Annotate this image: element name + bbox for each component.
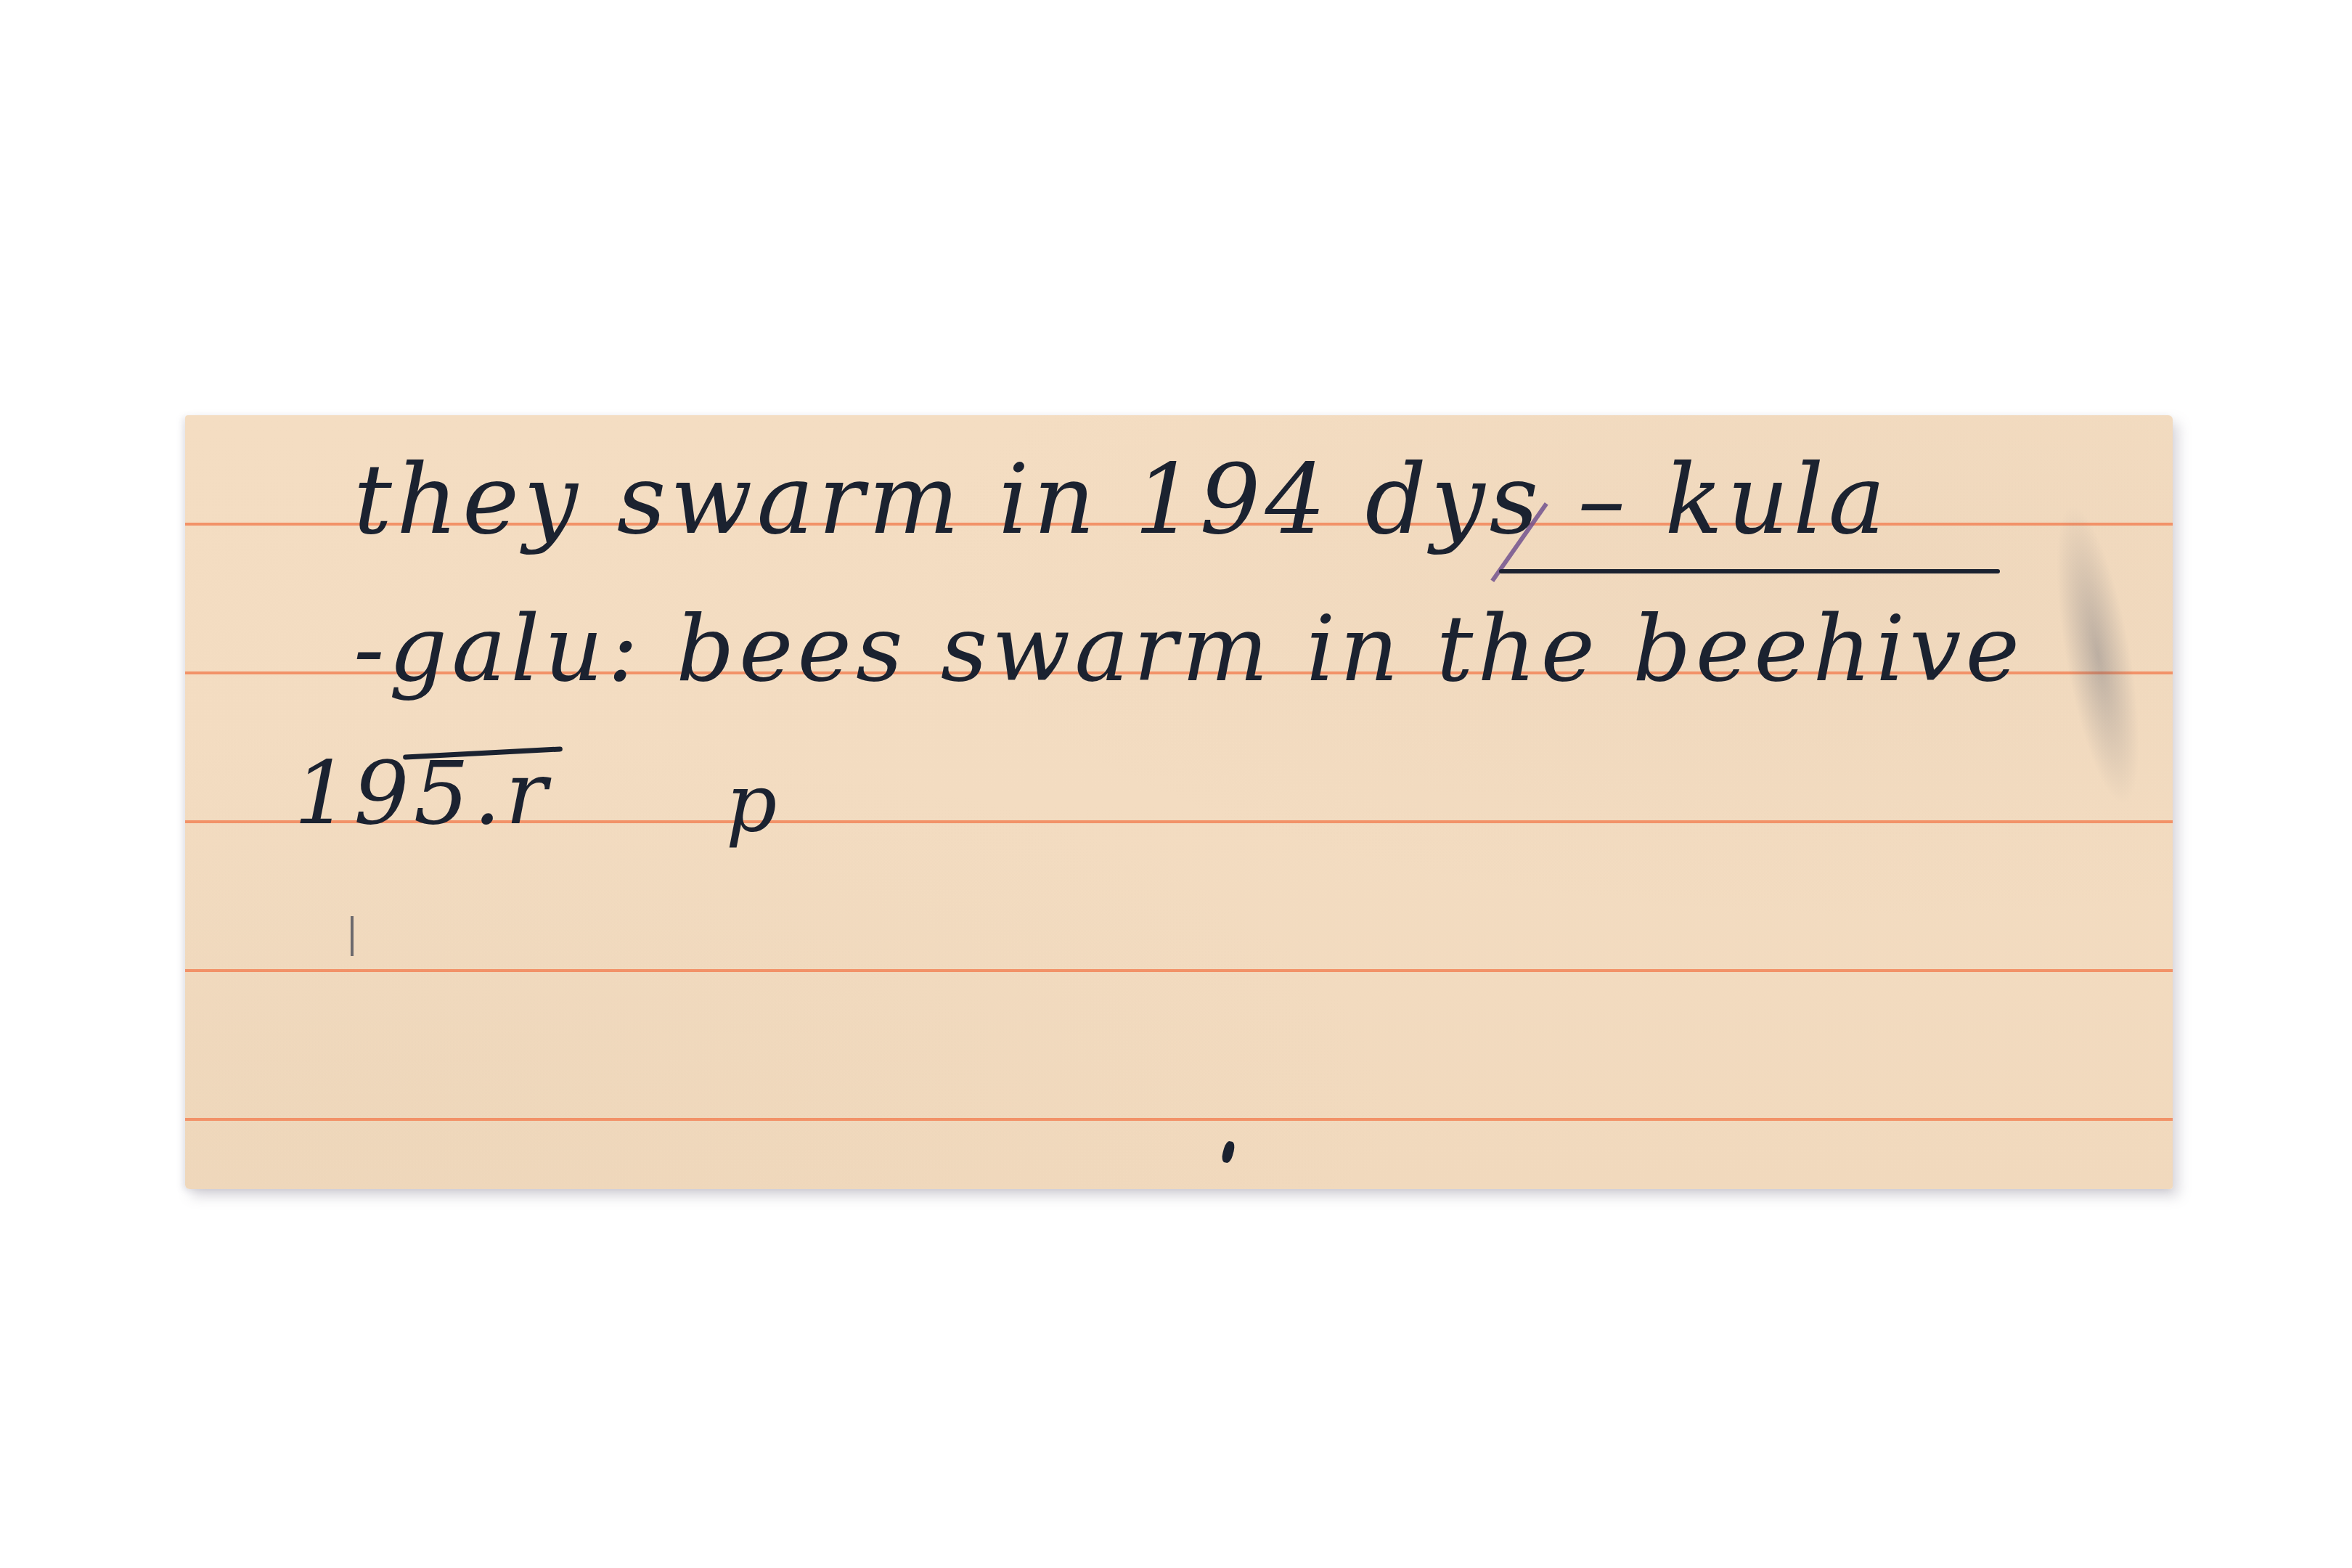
handwritten-line-3: 195.r xyxy=(294,743,552,844)
underline-dys-kula xyxy=(1499,569,2000,573)
pencil-smudge xyxy=(2039,499,2157,810)
ruled-line xyxy=(185,1118,2173,1121)
handwritten-line-1: they swarm in 194 dys – kula xyxy=(354,444,1890,556)
ink-blot xyxy=(1220,1140,1236,1164)
pen-tick-mark xyxy=(351,916,354,956)
index-card: they swarm in 194 dys – kula -galu: bees… xyxy=(185,415,2173,1189)
handwritten-line-2: -galu: bees swarm in the beehive xyxy=(354,595,2024,702)
ruled-line xyxy=(185,969,2173,972)
marginal-mark: p xyxy=(726,756,777,849)
photo-background: they swarm in 194 dys – kula -galu: bees… xyxy=(0,0,2352,1568)
